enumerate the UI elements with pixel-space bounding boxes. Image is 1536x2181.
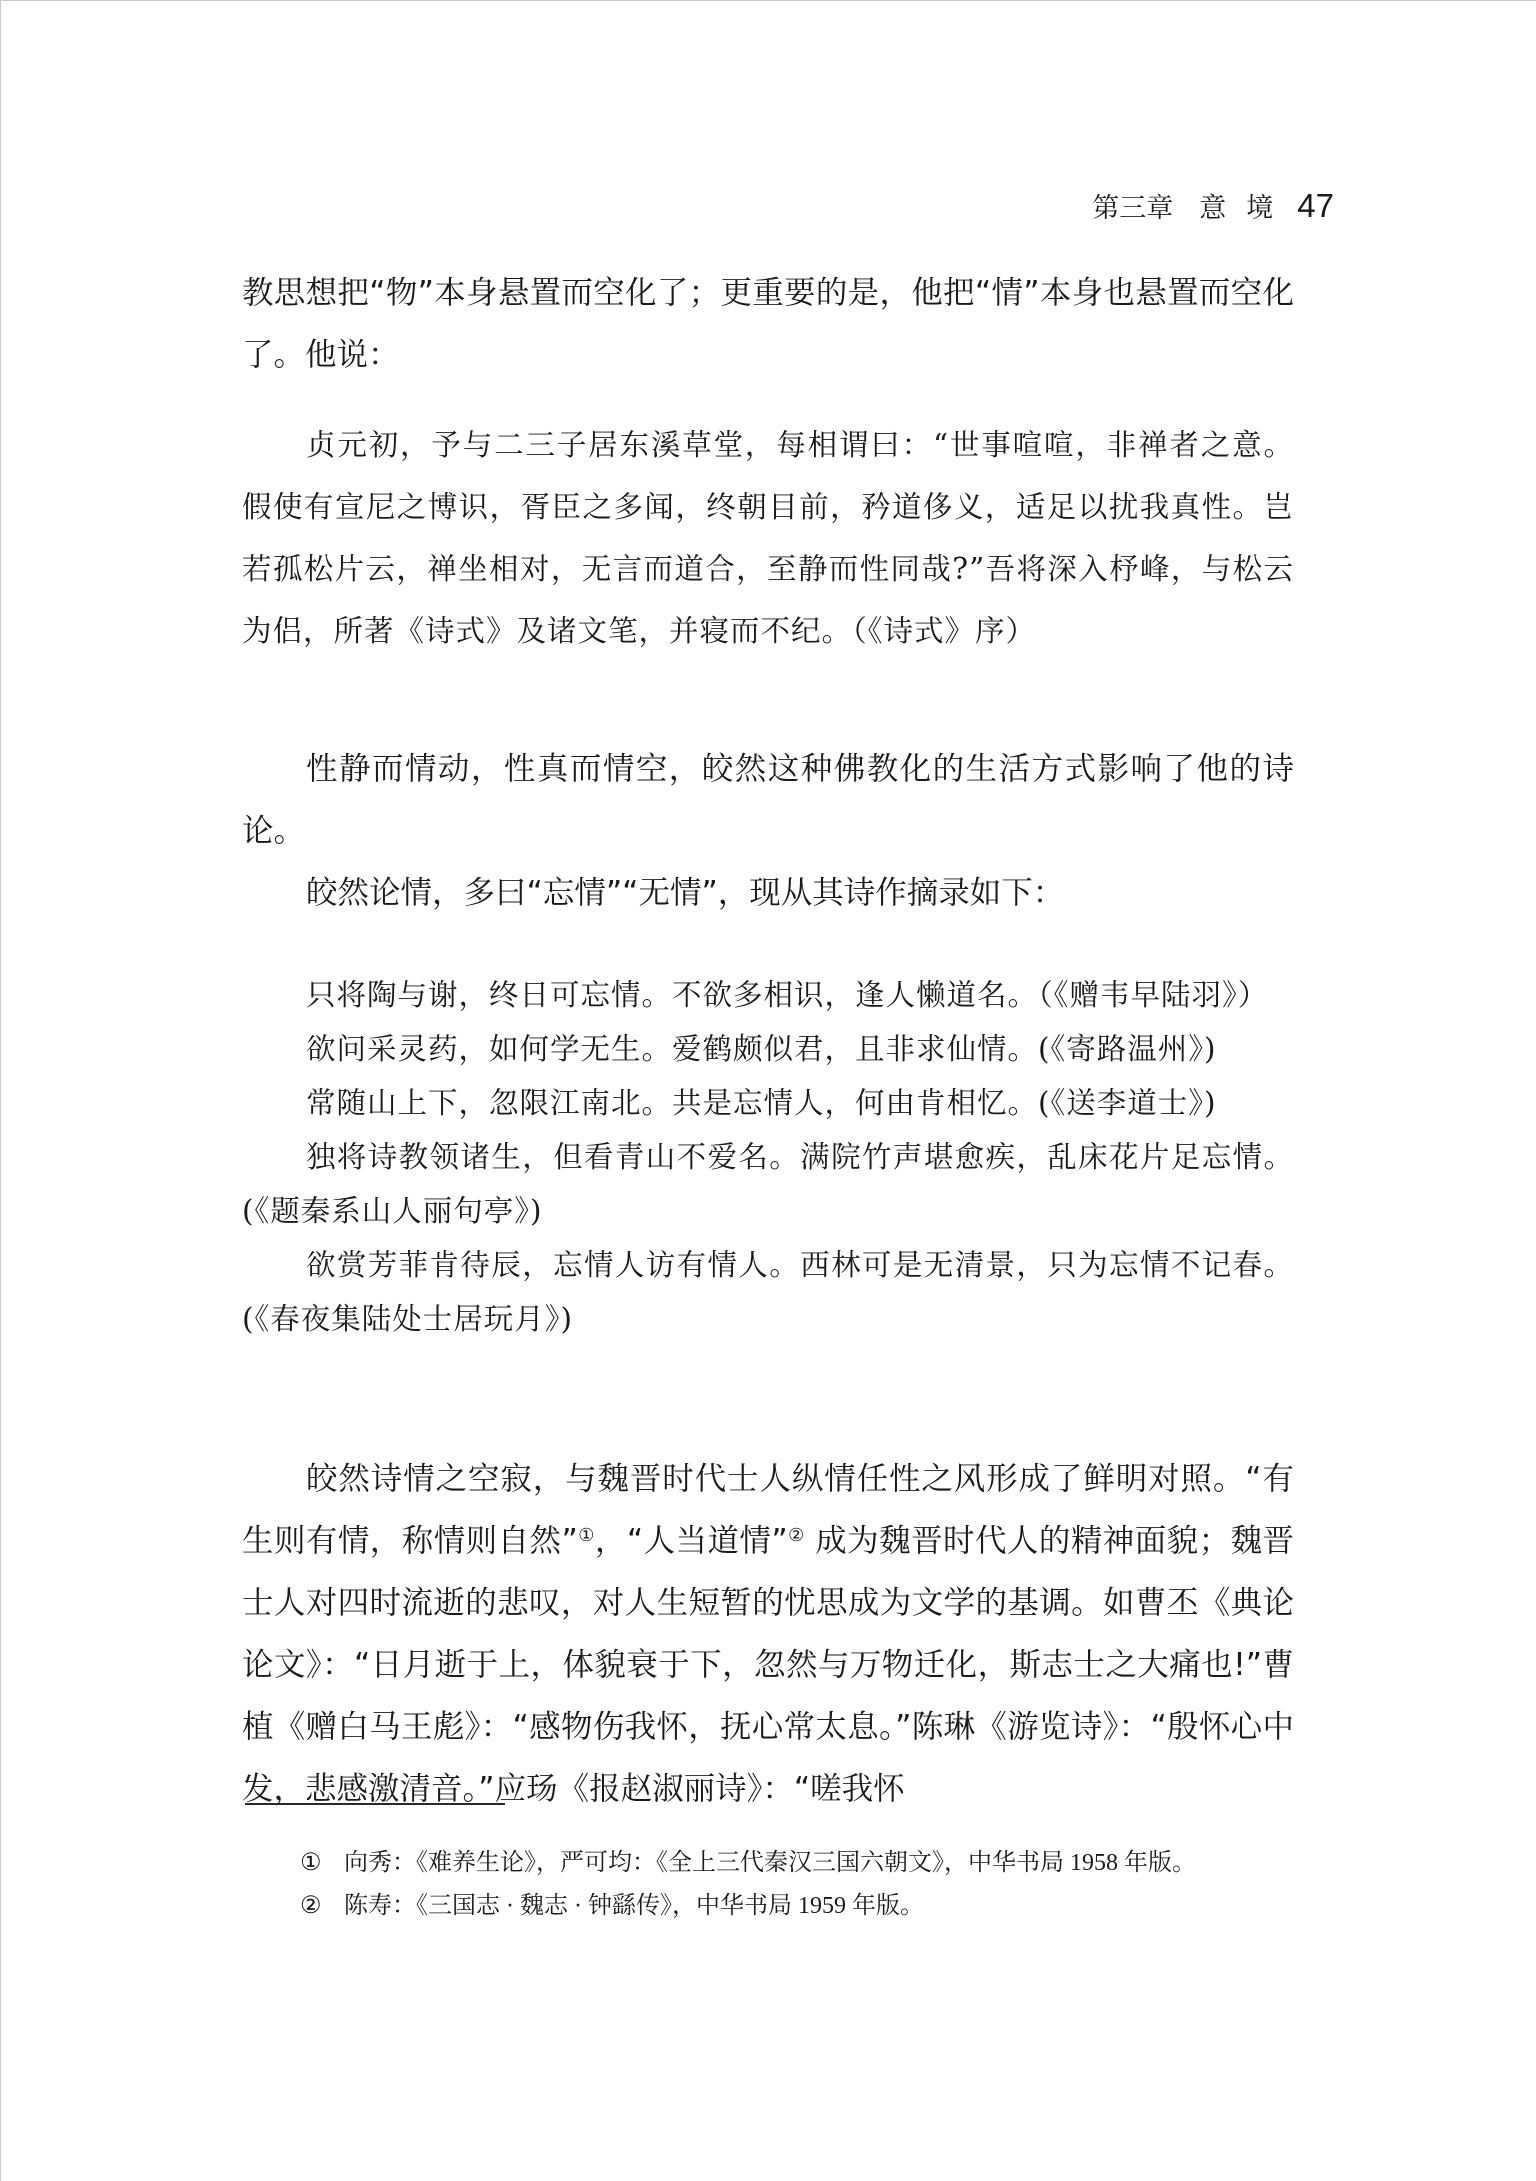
paragraph-text: 性静而情动，性真而情空，皎然这种佛教化的生活方式影响了他的诗论。 (242, 738, 1294, 862)
paragraph-text: 皎然诗情之空寂，与魏晋时代士人纵情任性之风形成了鲜明对照。“有生则有情，称情则自… (242, 1448, 1294, 1820)
footnote-text: 陈寿：《三国志 · 魏志 · 钟繇传》，中华书局 1959 年版。 (344, 1885, 924, 1928)
footnote-ref[interactable]: ② (788, 1525, 805, 1546)
chapter-label: 第三章 (1092, 186, 1173, 225)
footnote-mark: ② (300, 1885, 344, 1928)
footnotes: ① 向秀：《难养生论》，严可均：《全上三代秦汉三国六朝文》，中华书局 1958 … (300, 1842, 1196, 1928)
footnote-text: 向秀：《难养生论》，严可均：《全上三代秦汉三国六朝文》，中华书局 1958 年版… (344, 1842, 1196, 1885)
footnote-ref[interactable]: ① (578, 1525, 595, 1546)
running-head: 第三章 意境 47 (1092, 186, 1334, 226)
poem-excerpt: 常随山上下，忽限江南北。共是忘情人，何由肯相忆。(《送李道士》) (242, 1076, 1294, 1130)
poem-excerpt: 欲问采灵药，如何学无生。爱鹤颇似君，且非求仙情。(《寄路温州》) (242, 1022, 1294, 1076)
block-quote: 贞元初，予与二三子居东溪草堂，每相谓曰：“世事喧喧，非禅者之意。假使有宣尼之博识… (242, 414, 1294, 662)
footnote: ① 向秀：《难养生论》，严可均：《全上三代秦汉三国六朝文》，中华书局 1958 … (300, 1842, 1196, 1885)
footnote: ② 陈寿：《三国志 · 魏志 · 钟繇传》，中华书局 1959 年版。 (300, 1885, 1196, 1928)
body-paragraph: 皎然诗情之空寂，与魏晋时代士人纵情任性之风形成了鲜明对照。“有生则有情，称情则自… (242, 1448, 1294, 1820)
paragraph-text: 皎然论情，多曰“忘情”“无情”，现从其诗作摘录如下： (242, 862, 1294, 924)
quote-text: 贞元初，予与二三子居东溪草堂，每相谓曰：“世事喧喧，非禅者之意。假使有宣尼之博识… (242, 414, 1294, 662)
body-paragraph: 性静而情动，性真而情空，皎然这种佛教化的生活方式影响了他的诗论。 (242, 738, 1294, 862)
paragraph-text-part: 成为魏晋时代人的精神面貌；魏晋士人对四时流逝的悲叹，对人生短暂的忧思成为文学的基… (242, 1523, 1294, 1807)
poem-excerpt: 只将陶与谢，终日可忘情。不欲多相识，逢人懒道名。（《赠韦早陆羽》） (242, 968, 1294, 1022)
poem-excerpt: 独将诗教领诸生，但看青山不爱名。满院竹声堪愈疾，乱床花片足忘情。(《题秦系山人丽… (242, 1130, 1294, 1238)
footnote-divider (245, 1803, 505, 1805)
body-paragraph: 教思想把“物”本身悬置而空化了；更重要的是，他把“情”本身也悬置而空化了。他说： (242, 262, 1294, 386)
page-number: 47 (1297, 187, 1334, 225)
poem-excerpts: 只将陶与谢，终日可忘情。不欲多相识，逢人懒道名。（《赠韦早陆羽》） 欲问采灵药，… (242, 968, 1294, 1346)
body-paragraph: 皎然论情，多曰“忘情”“无情”，现从其诗作摘录如下： (242, 862, 1294, 924)
page-edge (0, 0, 1, 2181)
paragraph-text: 教思想把“物”本身悬置而空化了；更重要的是，他把“情”本身也悬置而空化了。他说： (242, 262, 1294, 386)
page-edge (0, 0, 1536, 1)
chapter-title: 意境 (1199, 186, 1293, 225)
poem-excerpt: 欲赏芳菲肯待辰，忘情人访有情人。西林可是无清景，只为忘情不记春。(《春夜集陆处士… (242, 1238, 1294, 1346)
paragraph-text-part: ，“人当道情” (595, 1523, 788, 1559)
footnote-mark: ① (300, 1842, 344, 1885)
